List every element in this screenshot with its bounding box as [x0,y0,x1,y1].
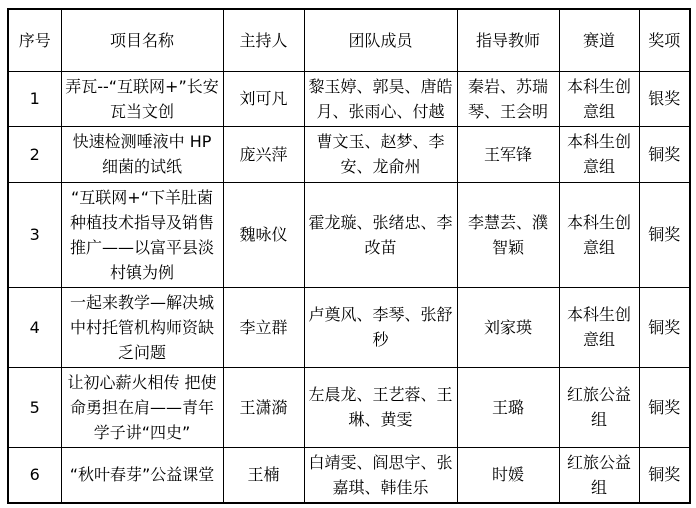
awards-table-body: 1弄瓦--“互联网+”长安瓦当文创刘可凡黎玉婷、郭昊、唐皓月、张雨心、付越秦岩、… [8,71,690,503]
table-row: 3“互联网+“下羊肚菌种植技术指导及销售推广——以富平县淡村镇为例魏咏仪霍龙璇、… [8,182,690,287]
cell-team-members: 霍龙璇、张绪忠、李改苗 [304,182,457,287]
header-serial-number: 序号 [8,9,61,71]
cell-award: 铜奖 [639,367,690,447]
table-row: 2快速检测唾液中 HP 细菌的试纸庞兴萍曹文玉、赵梦、李安、龙俞州王军锋本科生创… [8,126,690,182]
cell-team-members: 卢奠风、李琴、张舒秒 [304,287,457,367]
cell-project-name: 一起来教学—解决城中村托管机构师资缺乏问题 [61,287,223,367]
cell-track: 本科生创意组 [559,287,639,367]
header-award: 奖项 [639,9,690,71]
cell-serial-number: 1 [8,71,61,126]
cell-project-name: “互联网+“下羊肚菌种植技术指导及销售推广——以富平县淡村镇为例 [61,182,223,287]
cell-advisor: 李慧芸、濮智颖 [457,182,559,287]
cell-leader: 庞兴萍 [223,126,304,182]
cell-track: 本科生创意组 [559,182,639,287]
cell-team-members: 白靖雯、阎思宇、张嘉琪、韩佳乐 [304,447,457,503]
cell-award: 铜奖 [639,447,690,503]
cell-serial-number: 4 [8,287,61,367]
header-row: 序号 项目名称 主持人 团队成员 指导教师 赛道 奖项 [8,9,690,71]
header-project-name: 项目名称 [61,9,223,71]
header-track: 赛道 [559,9,639,71]
cell-team-members: 黎玉婷、郭昊、唐皓月、张雨心、付越 [304,71,457,126]
cell-project-name: 弄瓦--“互联网+”长安瓦当文创 [61,71,223,126]
cell-team-members: 曹文玉、赵梦、李安、龙俞州 [304,126,457,182]
header-leader: 主持人 [223,9,304,71]
cell-award: 铜奖 [639,287,690,367]
cell-track: 红旅公益组 [559,367,639,447]
cell-project-name: “秋叶春芽”公益课堂 [61,447,223,503]
document-page: 序号 项目名称 主持人 团队成员 指导教师 赛道 奖项 1弄瓦--“互联网+”长… [0,0,696,504]
table-row: 1弄瓦--“互联网+”长安瓦当文创刘可凡黎玉婷、郭昊、唐皓月、张雨心、付越秦岩、… [8,71,690,126]
cell-leader: 王楠 [223,447,304,503]
cell-leader: 李立群 [223,287,304,367]
table-row: 4一起来教学—解决城中村托管机构师资缺乏问题李立群卢奠风、李琴、张舒秒刘家瑛本科… [8,287,690,367]
awards-table-header: 序号 项目名称 主持人 团队成员 指导教师 赛道 奖项 [8,9,690,71]
awards-table: 序号 项目名称 主持人 团队成员 指导教师 赛道 奖项 1弄瓦--“互联网+”长… [7,8,691,504]
cell-leader: 王潇漪 [223,367,304,447]
header-team-members: 团队成员 [304,9,457,71]
cell-track: 本科生创意组 [559,71,639,126]
cell-leader: 刘可凡 [223,71,304,126]
cell-advisor: 秦岩、苏瑞琴、王会明 [457,71,559,126]
cell-advisor: 刘家瑛 [457,287,559,367]
cell-team-members: 左晨龙、王艺蓉、王琳、黄雯 [304,367,457,447]
cell-advisor: 王璐 [457,367,559,447]
cell-award: 铜奖 [639,182,690,287]
cell-serial-number: 6 [8,447,61,503]
cell-serial-number: 3 [8,182,61,287]
cell-advisor: 王军锋 [457,126,559,182]
table-row: 6“秋叶春芽”公益课堂王楠白靖雯、阎思宇、张嘉琪、韩佳乐时媛红旅公益组铜奖 [8,447,690,503]
header-advisor: 指导教师 [457,9,559,71]
cell-track: 红旅公益组 [559,447,639,503]
cell-advisor: 时媛 [457,447,559,503]
cell-leader: 魏咏仪 [223,182,304,287]
cell-award: 铜奖 [639,126,690,182]
cell-award: 银奖 [639,71,690,126]
cell-serial-number: 2 [8,126,61,182]
cell-project-name: 快速检测唾液中 HP 细菌的试纸 [61,126,223,182]
cell-track: 本科生创意组 [559,126,639,182]
table-row: 5让初心薪火相传 把使命勇担在肩——青年学子讲“四史”王潇漪左晨龙、王艺蓉、王琳… [8,367,690,447]
cell-project-name: 让初心薪火相传 把使命勇担在肩——青年学子讲“四史” [61,367,223,447]
cell-serial-number: 5 [8,367,61,447]
